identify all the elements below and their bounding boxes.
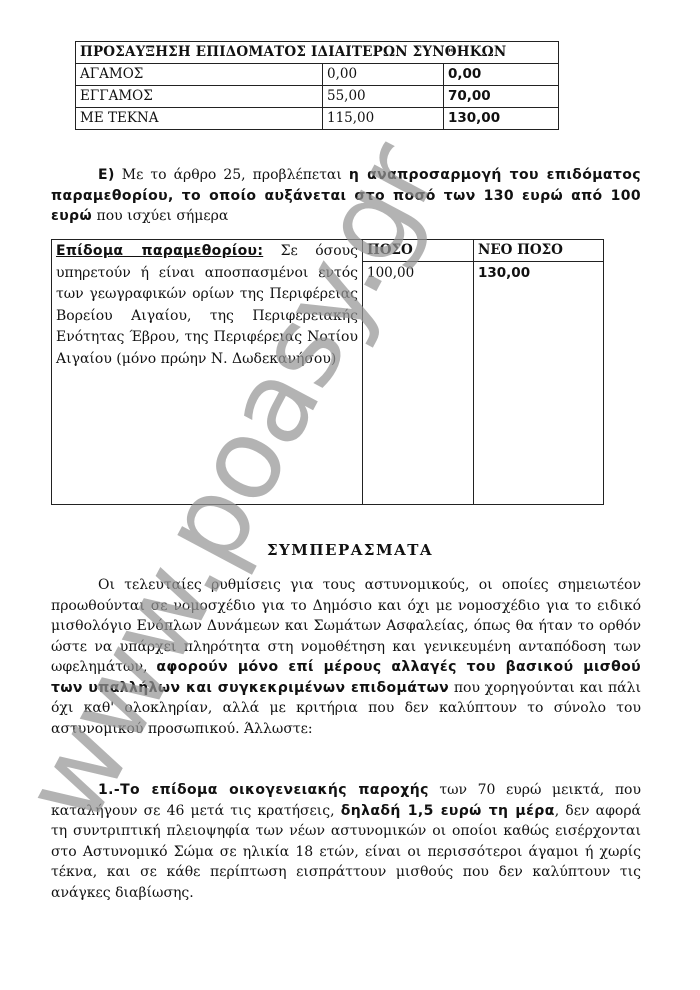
paragraph-text: που ισχύει σήμερα: [92, 208, 228, 224]
row-old-value: 0,00: [323, 64, 444, 86]
row-label: ΑΓΑΜΟΣ: [76, 64, 323, 86]
table-row: ΕΓΓΑΜΟΣ 55,00 70,00: [76, 86, 559, 108]
row-old-value: 55,00: [323, 86, 444, 108]
table-row: ΑΓΑΜΟΣ 0,00 0,00: [76, 64, 559, 86]
section-letter: Ε): [98, 167, 115, 183]
allowance-description: Επίδομα παραμεθορίου: Σε όσους υπηρετούν…: [52, 240, 363, 505]
document-page: ΠΡΟΣΑΥΞΗΣΗ ΕΠΙΔΟΜΑΤΟΣ ΙΔΙΑΙΤΕΡΩΝ ΣΥΝΘΗΚΩ…: [0, 0, 700, 990]
amount-value: 100,00: [363, 262, 474, 505]
table-header-row: ΠΡΟΣΑΥΞΗΣΗ ΕΠΙΔΟΜΑΤΟΣ ΙΔΙΑΙΤΕΡΩΝ ΣΥΝΘΗΚΩ…: [76, 42, 559, 64]
conclusions-paragraph-2: 1.-Το επίδομα οικογενειακής παροχής των …: [51, 780, 641, 903]
new-amount-value: 130,00: [474, 262, 604, 505]
allowance-text: Σε όσους υπηρετούν ή είναι αποσπασμένοι …: [56, 243, 358, 367]
column-header-amount: ΠΟΣΟ: [363, 240, 474, 262]
row-new-value: 130,00: [444, 108, 559, 130]
paragraph-e: Ε) Με το άρθρο 25, προβλέπεται η αναπροσ…: [51, 165, 641, 227]
paragraph-bold-text: δηλαδή 1,5 ευρώ τη μέρα: [341, 803, 555, 819]
conclusions-paragraph-1: Οι τελευταίες ρυθμίσεις για τους αστυνομ…: [51, 575, 641, 739]
row-label: ΕΓΓΑΜΟΣ: [76, 86, 323, 108]
border-allowance-table: Επίδομα παραμεθορίου: Σε όσους υπηρετούν…: [51, 239, 604, 505]
column-header-new-amount: ΝΕΟ ΠΟΣΟ: [474, 240, 604, 262]
allowance-title: Επίδομα παραμεθορίου:: [56, 243, 263, 259]
paragraph-text: Με το άρθρο 25, προβλέπεται: [115, 167, 349, 183]
row-old-value: 115,00: [323, 108, 444, 130]
special-conditions-allowance-table: ΠΡΟΣΑΥΞΗΣΗ ΕΠΙΔΟΜΑΤΟΣ ΙΔΙΑΙΤΕΡΩΝ ΣΥΝΘΗΚΩ…: [75, 41, 559, 130]
table-row: ΜΕ ΤΕΚΝΑ 115,00 130,00: [76, 108, 559, 130]
table-header-row: Επίδομα παραμεθορίου: Σε όσους υπηρετούν…: [52, 240, 604, 262]
row-new-value: 70,00: [444, 86, 559, 108]
table-header: ΠΡΟΣΑΥΞΗΣΗ ΕΠΙΔΟΜΑΤΟΣ ΙΔΙΑΙΤΕΡΩΝ ΣΥΝΘΗΚΩ…: [76, 42, 559, 64]
paragraph-bold-text: 1.-Το επίδομα οικογενειακής παροχής: [98, 782, 429, 798]
row-label: ΜΕ ΤΕΚΝΑ: [76, 108, 323, 130]
row-new-value: 0,00: [444, 64, 559, 86]
conclusions-heading: ΣΥΜΠΕΡΑΣΜΑΤΑ: [0, 541, 700, 559]
